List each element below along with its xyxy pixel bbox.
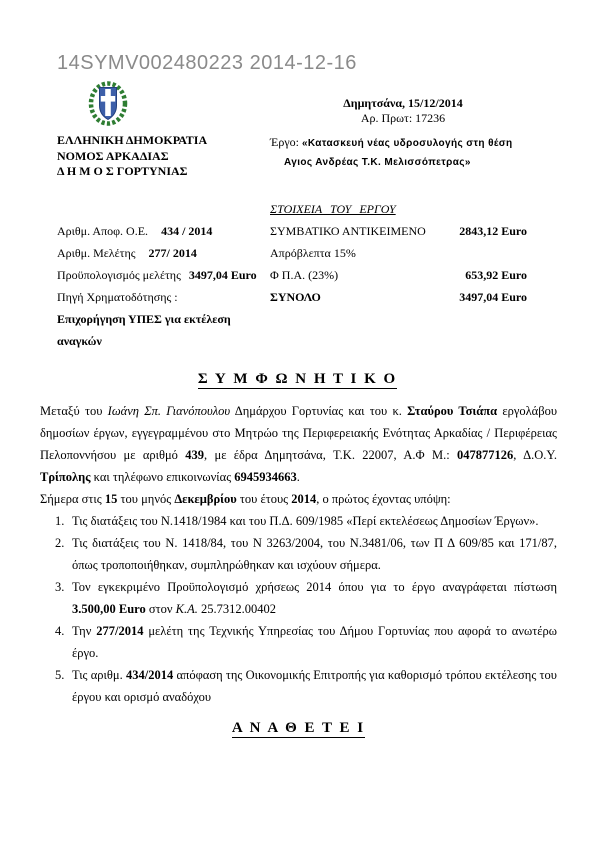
awards-title-wrap: Α Ν Α Θ Ε Τ Ε Ι (40, 717, 557, 739)
place-date: Δημητσάνα, 15/12/2014 (330, 96, 476, 110)
legal-basis-list: 1. Τις διατάξεις του Ν.1418/1984 και του… (40, 510, 557, 708)
list-item-text: Τις διατάξεις του Ν.1418/1984 και του Π.… (72, 514, 539, 528)
vat-row: Φ Π.Α. (23%) 653,92 Euro (270, 264, 527, 286)
list-item-text: Τον εγκεκριμένο Προϋπολογισμό χρήσεως 20… (72, 580, 557, 616)
document-page: 14SYMV002480223 2014-12-16 Δημητσάνα, 15… (0, 0, 595, 842)
list-item-text: Τις διατάξεις του Ν. 1418/84, του Ν 3263… (72, 536, 557, 572)
project-title: «Κατασκευή νέας υδροσυλογής στη θέση Αγι… (284, 138, 513, 168)
list-item: 1. Τις διατάξεις του Ν.1418/1984 και του… (40, 510, 557, 532)
project-block: Έργο: «Κατασκευή νέας υδροσυλογής στη θέ… (270, 134, 516, 171)
project-label: Έργο: (270, 135, 299, 149)
agreement-title-wrap: Σ Υ Μ Φ Ω Ν Η Τ Ι Κ Ο (0, 370, 595, 388)
list-item-number: 5. (55, 664, 64, 686)
vat-label: Φ Π.Α. (23%) (270, 264, 338, 286)
study-number-row: Αριθμ. Μελέτης 277/ 2014 (57, 242, 270, 264)
study-number-label: Αριθμ. Μελέτης (57, 246, 135, 260)
details-left-column: Αριθμ. Αποφ. Ο.Ε. 434 / 2014 Αριθμ. Μελέ… (57, 198, 270, 352)
contract-amount-label: ΣΥΜΒΑΤΙΚΟ ΑΝΤΙΚΕΙΜΕΝΟ (270, 220, 426, 242)
greek-coat-of-arms-icon (85, 76, 131, 129)
total-label: ΣΥΝΟΛΟ (270, 286, 321, 308)
list-item-number: 2. (55, 532, 64, 554)
authority-line-3: Δ Η Μ Ο Σ ΓΟΡΤΥΝΙΑΣ (57, 164, 207, 180)
funding-source-value-line1: Επιχορήγηση ΥΠΕΣ για εκτέλεση (57, 308, 270, 330)
awards-title: Α Ν Α Θ Ε Τ Ε Ι (232, 720, 365, 738)
list-item: 2. Τις διατάξεις του Ν. 1418/84, του Ν 3… (40, 532, 557, 576)
list-item-text: Τις αριθμ. 434/2014 απόφαση της Οικονομι… (72, 668, 557, 704)
study-budget-value: 3497,04 Euro (189, 268, 257, 282)
authority-block: ΕΛΛΗΝΙΚΗ ΔΗΜΟΚΡΑΤΙΑ ΝΟΜΟΣ ΑΡΚΑΔΙΑΣ Δ Η Μ… (57, 133, 207, 180)
contingency-label: Απρόβλεπτα 15% (270, 246, 356, 260)
total-value: 3497,04 Euro (459, 286, 527, 308)
cross-horizontal (101, 96, 115, 102)
agreement-body: Μεταξύ του Ιωάνη Σπ. Γιανόπουλου Δημάρχο… (40, 400, 557, 739)
list-item: 3. Τον εγκεκριμένο Προϋπολογισμό χρήσεως… (40, 576, 557, 620)
authority-line-2: ΝΟΜΟΣ ΑΡΚΑΔΙΑΣ (57, 149, 207, 165)
decision-number-value: 434 / 2014 (161, 224, 212, 238)
contract-amount-row: ΣΥΜΒΑΤΙΚΟ ΑΝΤΙΚΕΙΜΕΝΟ 2843,12 Euro (270, 220, 527, 242)
funding-source-label: Πηγή Χρηματοδότησης : (57, 290, 178, 304)
funding-source-value-line2: αναγκών (57, 330, 270, 352)
funding-source-row: Πηγή Χρηματοδότησης : (57, 286, 270, 308)
decision-number-label: Αριθμ. Αποφ. Ο.Ε. (57, 224, 148, 238)
study-budget-label: Προϋπολογισμός μελέτης (57, 268, 181, 282)
parties-paragraph: Μεταξύ του Ιωάνη Σπ. Γιανόπουλου Δημάρχο… (40, 400, 557, 488)
agreement-title: Σ Υ Μ Φ Ω Ν Η Τ Ι Κ Ο (198, 371, 397, 389)
cross-vertical (105, 89, 111, 116)
list-item-number: 3. (55, 576, 64, 598)
protocol-number: Αρ. Πρωτ: 17236 (330, 111, 476, 125)
list-item: 4. Την 277/2014 μελέτη της Τεχνικής Υπηρ… (40, 620, 557, 664)
decision-number-row: Αριθμ. Αποφ. Ο.Ε. 434 / 2014 (57, 220, 270, 242)
date-protocol-block: Δημητσάνα, 15/12/2014 Αρ. Πρωτ: 17236 (330, 96, 476, 125)
list-item: 5. Τις αριθμ. 434/2014 απόφαση της Οικον… (40, 664, 557, 708)
list-item-number: 1. (55, 510, 64, 532)
details-heading: ΣΤΟΙΧΕΙΑ ΤΟΥ ΕΡΓΟΥ (270, 198, 527, 220)
details-right-column: ΣΤΟΙΧΕΙΑ ΤΟΥ ΕΡΓΟΥ ΣΥΜΒΑΤΙΚΟ ΑΝΤΙΚΕΙΜΕΝΟ… (270, 198, 527, 352)
project-details: Αριθμ. Αποφ. Ο.Ε. 434 / 2014 Αριθμ. Μελέ… (57, 198, 527, 352)
vat-value: 653,92 Euro (465, 264, 527, 286)
total-row: ΣΥΝΟΛΟ 3497,04 Euro (270, 286, 527, 308)
list-item-text: Την 277/2014 μελέτη της Τεχνικής Υπηρεσί… (72, 624, 557, 660)
date-considering-paragraph: Σήμερα στις 15 του μηνός Δεκεμβρίου του … (40, 488, 557, 510)
list-item-number: 4. (55, 620, 64, 642)
study-number-value: 277/ 2014 (148, 246, 196, 260)
authority-line-1: ΕΛΛΗΝΙΚΗ ΔΗΜΟΚΡΑΤΙΑ (57, 133, 207, 149)
registry-id: 14SYMV002480223 2014-12-16 (57, 52, 357, 75)
contingency-row: Απρόβλεπτα 15% (270, 242, 527, 264)
contract-amount-value: 2843,12 Euro (459, 220, 527, 242)
study-budget-row: Προϋπολογισμός μελέτης 3497,04 Euro (57, 264, 270, 286)
